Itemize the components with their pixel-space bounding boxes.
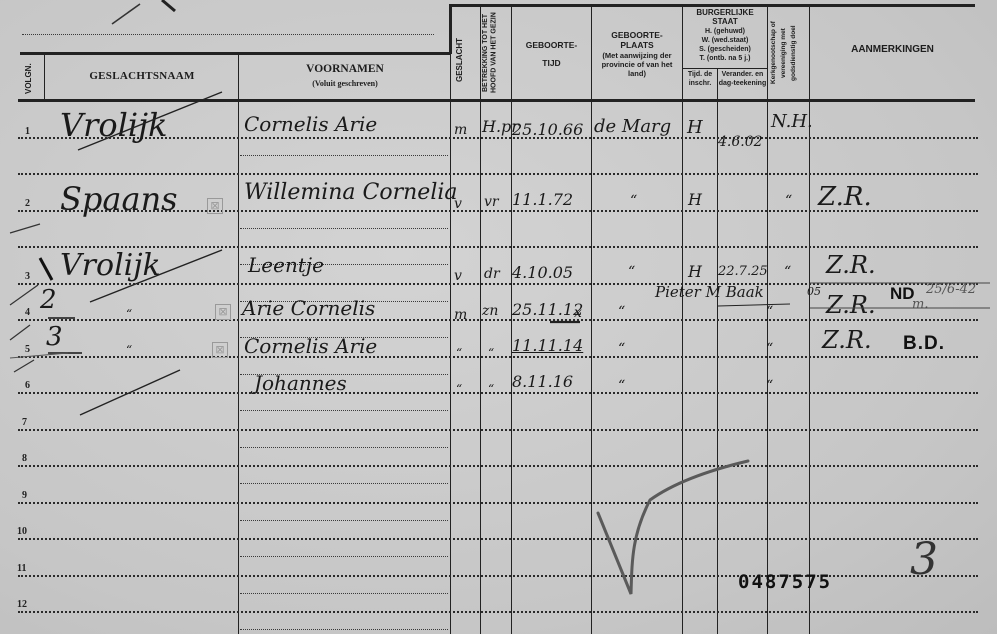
serial-number: 0487575 (738, 571, 832, 593)
page-mark: 3 (910, 534, 938, 585)
handwritten-strokes (0, 0, 997, 634)
registration-card: VOLGN. GESLACHTSNAAM VOORNAMEN (Voluit g… (0, 0, 997, 634)
